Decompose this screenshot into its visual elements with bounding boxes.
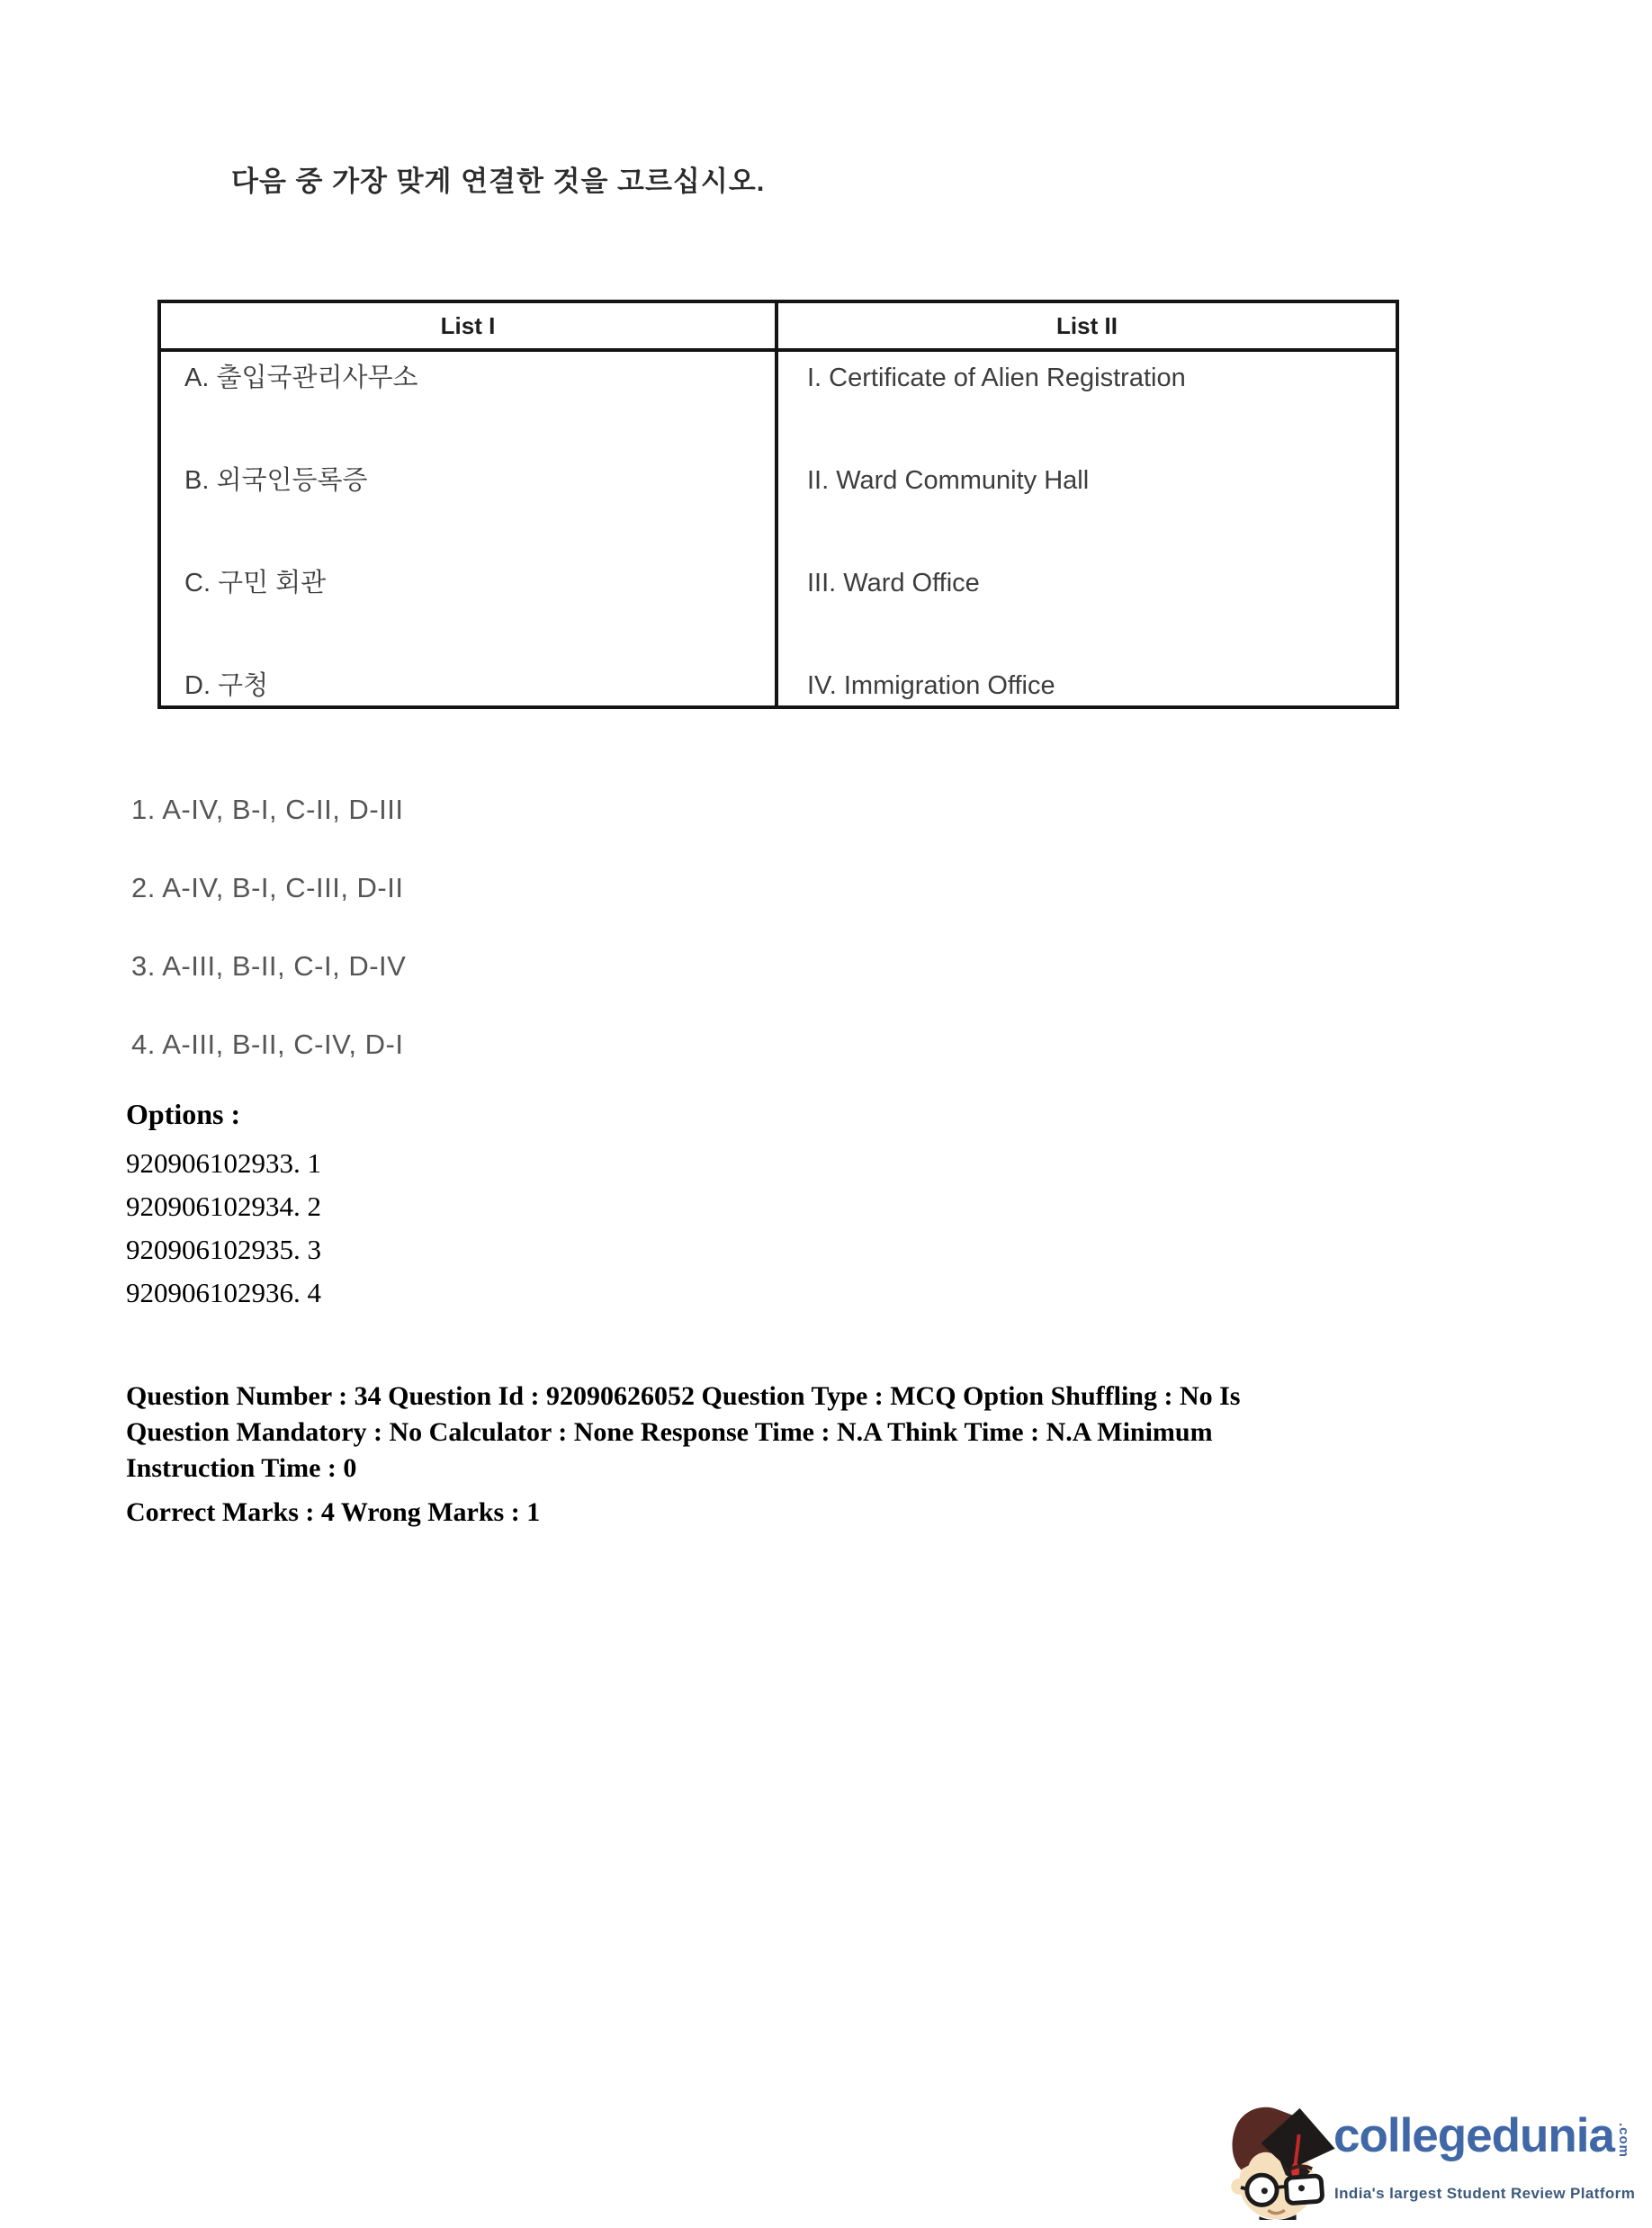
match-table-column-list1: A. 출입국관리사무소 B. 외국인등록증 C. 구민 회관 D. 구청 xyxy=(161,352,778,705)
option-id-3: 920906102935. 3 xyxy=(126,1228,321,1271)
option-id-1: 920906102933. 1 xyxy=(126,1142,321,1185)
match-table-header-row: List I List II xyxy=(161,303,1396,352)
table-row: III. Ward Office xyxy=(807,568,1396,598)
question-metadata: Question Number : 34 Question Id : 92090… xyxy=(126,1379,1530,1531)
table-row: II. Ward Community Hall xyxy=(807,465,1396,496)
table-row: A. 출입국관리사무소 xyxy=(184,363,775,393)
answer-choice-3: 3. A-III, B-II, C-I, D-IV xyxy=(131,950,406,983)
options-block: Options : 920906102933. 1 920906102934. … xyxy=(126,1098,321,1315)
table-row: I. Certificate of Alien Registration xyxy=(807,363,1396,393)
table-row: IV. Immigration Office xyxy=(807,670,1396,701)
option-id-2: 920906102934. 2 xyxy=(126,1185,321,1228)
match-table: List I List II A. 출입국관리사무소 B. 외국인등록증 C. … xyxy=(157,300,1399,709)
collegedunia-logo: collegedunia .com India's largest Studen… xyxy=(1215,2065,1647,2223)
brand-suffix: .com xyxy=(1616,2123,1631,2158)
metadata-line: Question Number : 34 Question Id : 92090… xyxy=(126,1379,1530,1415)
brand-tagline: India's largest Student Review Platform xyxy=(1334,2185,1635,2203)
question-prompt: 다음 중 가장 맞게 연결한 것을 고르십시오. xyxy=(231,158,765,199)
option-id-4: 920906102936. 4 xyxy=(126,1271,321,1315)
match-table-column-list2: I. Certificate of Alien Registration II.… xyxy=(778,352,1396,705)
table-row: B. 외국인등록증 xyxy=(184,465,775,496)
answer-choices: 1. A-IV, B-I, C-II, D-III 2. A-IV, B-I, … xyxy=(131,794,406,1061)
table-row: C. 구민 회관 xyxy=(184,568,775,598)
options-label: Options : xyxy=(126,1098,321,1131)
match-table-header-list1: List I xyxy=(161,303,778,348)
table-row: D. 구청 xyxy=(184,670,775,701)
answer-choice-2: 2. A-IV, B-I, C-III, D-II xyxy=(131,872,406,904)
match-table-header-list2: List II xyxy=(778,303,1396,348)
metadata-marks-line: Correct Marks : 4 Wrong Marks : 1 xyxy=(126,1495,1530,1531)
brand-row: collegedunia .com xyxy=(1333,2110,1631,2162)
answer-choice-1: 1. A-IV, B-I, C-II, D-III xyxy=(131,794,406,826)
collegedunia-mascot-icon xyxy=(1220,2101,1339,2220)
answer-choice-4: 4. A-III, B-II, C-IV, D-I xyxy=(131,1029,406,1061)
metadata-line: Question Mandatory : No Calculator : Non… xyxy=(126,1415,1530,1451)
brand-name: collegedunia xyxy=(1333,2110,1614,2162)
match-table-body: A. 출입국관리사무소 B. 외국인등록증 C. 구민 회관 D. 구청 I. … xyxy=(161,352,1396,705)
metadata-line: Instruction Time : 0 xyxy=(126,1451,1530,1487)
